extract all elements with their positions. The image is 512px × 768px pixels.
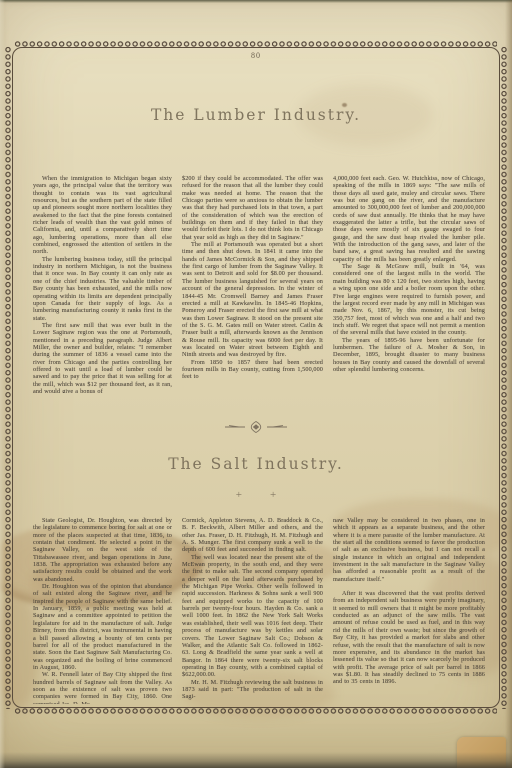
paragraph: The well was located near the present si… bbox=[182, 554, 323, 679]
paragraph: 4,000,000 feet each. Geo. W. Hutchkiss, … bbox=[333, 175, 485, 263]
paragraph: The lumbering business today, still the … bbox=[33, 256, 172, 322]
paragraph: Cormick, Appleton Stevens, A. D. Braddoc… bbox=[182, 517, 323, 554]
paragraph: $200 if they could be accommodated. The … bbox=[182, 175, 323, 241]
salt-column-3: naw Valley may be considered in two phas… bbox=[333, 517, 485, 704]
paragraph: Dr. Houghton was of the opinion that abu… bbox=[33, 583, 172, 671]
coil-border-bottom bbox=[14, 707, 497, 715]
lumber-section-title: The Lumber Industry. bbox=[0, 106, 512, 124]
paragraph: The mill at Portsmouth was operated but … bbox=[182, 241, 323, 359]
coil-border-top bbox=[14, 40, 497, 48]
lumber-column-1: When the immigration to Michigan began s… bbox=[33, 175, 172, 393]
salt-text-block: State Geologist, Dr. Houghton, was direc… bbox=[33, 517, 485, 704]
lumber-column-2: $200 if they could be accommodated. The … bbox=[182, 175, 323, 393]
photo-edge-bottom bbox=[0, 752, 512, 768]
paragraph: After it was discovered that the vast pr… bbox=[333, 590, 485, 685]
scanned-book-page: 80 The Lumber Industry. When the immigra… bbox=[0, 0, 512, 768]
cross-ornament-icon: + bbox=[270, 489, 276, 501]
salt-section-title: The Salt Industry. bbox=[0, 455, 512, 473]
paragraph: When the immigration to Michigan began s… bbox=[33, 175, 172, 256]
photo-edge-left bbox=[0, 0, 5, 768]
salt-column-1: State Geologist, Dr. Houghton, was direc… bbox=[33, 517, 172, 704]
paragraph: Mr. H. M. Fitzhugh reviewing the salt bu… bbox=[182, 679, 323, 701]
paragraph: W. R. Fennell later of Bay City shipped … bbox=[33, 671, 172, 704]
paragraph: From 1850 to 1857 there had been erected… bbox=[182, 359, 323, 381]
paragraph: The years of 1895-96 have been unfortuna… bbox=[333, 337, 485, 374]
lumber-column-3: 4,000,000 feet each. Geo. W. Hutchkiss, … bbox=[333, 175, 485, 393]
paragraph: The Sage & McGraw mill, built in '64, wa… bbox=[333, 263, 485, 336]
paragraph: The first saw mill that was ever built i… bbox=[33, 322, 172, 393]
divider-ornament bbox=[0, 420, 512, 434]
cross-ornament-icon: + bbox=[236, 489, 242, 501]
page-number: 80 bbox=[0, 51, 512, 60]
paragraph: State Geologist, Dr. Houghton, was direc… bbox=[33, 517, 172, 583]
paragraph: naw Valley may be considered in two phas… bbox=[333, 517, 485, 583]
coil-border-left bbox=[4, 46, 12, 709]
cross-ornaments: + + bbox=[0, 489, 512, 501]
photo-edge-right bbox=[505, 0, 512, 768]
salt-column-2: Cormick, Appleton Stevens, A. D. Braddoc… bbox=[182, 517, 323, 704]
lumber-text-block: When the immigration to Michigan began s… bbox=[33, 175, 485, 393]
photo-edge-top bbox=[0, 0, 512, 3]
lens-ornament-icon bbox=[223, 420, 289, 434]
